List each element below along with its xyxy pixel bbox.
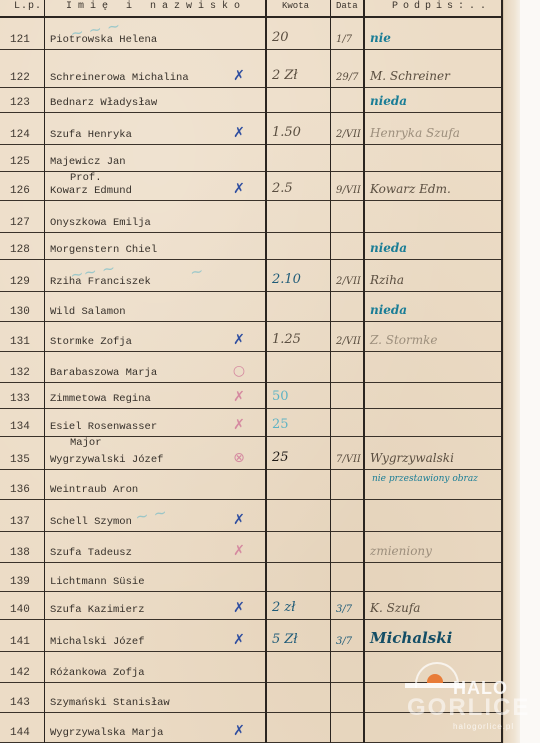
row-name: Lichtmann Süsie <box>50 576 145 588</box>
checkmark-icon: ✗ <box>228 632 250 648</box>
row-date: 3/7 <box>336 604 364 615</box>
row-name: Różankowa Zofja <box>50 667 145 679</box>
row-signature: M. Schreiner <box>370 69 450 83</box>
table-row: 124Szufa Henryka1.502/VIIHenryka Szufa✗ <box>0 113 503 145</box>
row-date: 29/7 <box>336 72 364 83</box>
row-number: 140 <box>10 604 42 616</box>
table-row: 140Szufa Kazimierz2 zł3/7K. Szufa✗ <box>0 592 503 620</box>
row-amount: 2 Zł <box>272 68 328 83</box>
row-amount: 50 <box>272 389 328 404</box>
row-signature: nie <box>370 31 391 45</box>
checkmark-icon: ✗ <box>228 389 250 405</box>
row-signature: Henryka Szufa <box>370 126 460 140</box>
row-number: 141 <box>10 636 42 648</box>
row-signature: Rziha <box>370 273 404 287</box>
checkmark-icon: ✗ <box>228 125 250 141</box>
row-number: 136 <box>10 484 42 496</box>
header-amount: Kwota <box>282 1 309 11</box>
row-number: 121 <box>10 34 42 46</box>
row-signature: Kowarz Edm. <box>370 182 451 196</box>
row-amount: 1.25 <box>272 332 328 347</box>
row-date: 2/VII <box>336 129 364 140</box>
checkmark-icon: ○ <box>228 363 250 379</box>
background-margin <box>520 0 540 743</box>
table-header: L.p. Imię i nazwisko Kwota Data Podpis:.… <box>0 0 503 18</box>
checkmark-icon: ✗ <box>228 723 250 739</box>
row-number: 139 <box>10 576 42 588</box>
table-row: 136Weintraub Aronnie przestawiony obraz <box>0 470 503 500</box>
column-divider <box>363 0 365 743</box>
row-note: nie przestawiony obraz <box>372 474 478 484</box>
row-name: Kowarz Edmund <box>50 185 132 197</box>
paper-edge <box>503 0 521 743</box>
row-amount: 25 <box>272 450 328 465</box>
row-amount: 2.5 <box>272 181 328 196</box>
column-divider <box>330 0 331 743</box>
row-number: 132 <box>10 367 42 379</box>
row-number: 129 <box>10 276 42 288</box>
row-number: 137 <box>10 516 42 528</box>
row-number: 124 <box>10 129 42 141</box>
table-row: 127Onyszkowa Emilja <box>0 201 503 233</box>
row-number: 126 <box>10 185 42 197</box>
row-name: Wygrzywalski Józef <box>50 454 163 466</box>
watermark-line2: GORLICE <box>407 694 530 722</box>
row-name: Barabaszowa Marja <box>50 367 157 379</box>
table-row: 137Schell Szymon✗ <box>0 500 503 532</box>
row-signature: nieda <box>370 241 407 255</box>
sun-icon <box>427 674 443 683</box>
row-signature: nieda <box>370 303 407 317</box>
checkmark-icon: ⊗ <box>228 450 250 466</box>
table-row: 139Lichtmann Süsie <box>0 563 503 592</box>
row-number: 133 <box>10 393 42 405</box>
row-name: Szufa Kazimierz <box>50 604 145 616</box>
row-number: 123 <box>10 97 42 109</box>
checkmark-icon: ✗ <box>228 512 250 528</box>
row-number: 130 <box>10 306 42 318</box>
row-name: Wild Salamon <box>50 306 126 318</box>
row-number: 122 <box>10 72 42 84</box>
row-date: 2/VII <box>336 276 364 287</box>
row-number: 127 <box>10 217 42 229</box>
row-name: Zimmetowa Regina <box>50 393 151 405</box>
row-name: Majewicz Jan <box>50 156 126 168</box>
row-number: 131 <box>10 336 42 348</box>
header-signature: Podpis:.. <box>392 1 491 12</box>
table-row: 125Majewicz Jan <box>0 145 503 172</box>
row-name: Stormke Zofja <box>50 336 132 348</box>
row-name: Morgenstern Chiel <box>50 244 157 256</box>
checkmark-icon: ✗ <box>228 417 250 433</box>
table-row: 135MajorWygrzywalski Józef257/VIIWygrzyw… <box>0 437 503 470</box>
row-name: Szufa Henryka <box>50 129 132 141</box>
table-row: 130Wild Salamonnieda <box>0 292 503 322</box>
table-row: 133Zimmetowa Regina50✗ <box>0 383 503 409</box>
row-amount: 2.10 <box>272 272 328 287</box>
table-row: 126Prof.Kowarz Edmund2.59/VIIKowarz Edm.… <box>0 172 503 201</box>
ledger-table: L.p. Imię i nazwisko Kwota Data Podpis:.… <box>0 0 503 743</box>
column-divider <box>44 0 45 743</box>
header-name: Imię i nazwisko <box>66 1 246 12</box>
row-date: 9/VII <box>336 185 364 196</box>
header-date: Data <box>336 1 358 11</box>
row-signature: K. Szufa <box>370 601 420 615</box>
row-date: 7/VII <box>336 454 364 465</box>
row-number: 134 <box>10 421 42 433</box>
row-date: 1/7 <box>336 34 364 45</box>
checkmark-icon: ✗ <box>228 181 250 197</box>
scanned-page: L.p. Imię i nazwisko Kwota Data Podpis:.… <box>0 0 520 743</box>
row-number: 144 <box>10 727 42 739</box>
row-name: Weintraub Aron <box>50 484 138 496</box>
row-number: 135 <box>10 454 42 466</box>
watermark-logo: HALO GORLICE halogorlice.pl <box>405 660 535 740</box>
row-number: 143 <box>10 697 42 709</box>
row-signature: zmieniony <box>370 544 432 558</box>
row-name: Michalski Józef <box>50 636 145 648</box>
row-signature: Wygrzywalski <box>370 451 454 465</box>
row-name: Bednarz Władysław <box>50 97 157 109</box>
row-name: Esiel Rosenwasser <box>50 421 157 433</box>
row-amount: 5 Zł <box>272 632 328 647</box>
row-title: Major <box>70 437 102 449</box>
table-row: 138Szufa Tadeuszzmieniony✗ <box>0 532 503 563</box>
row-amount: 2 zł <box>272 600 328 615</box>
table-row: 123Bednarz Władysławnieda <box>0 88 503 113</box>
row-name: Schell Szymon <box>50 516 132 528</box>
table-row: 134Esiel Rosenwasser25✗ <box>0 409 503 437</box>
checkmark-icon: ✗ <box>228 543 250 559</box>
row-name: Szymański Stanisław <box>50 697 170 709</box>
row-name: Schreinerowa Michalina <box>50 72 189 84</box>
column-divider <box>265 0 267 743</box>
row-amount: 1.50 <box>272 125 328 140</box>
table-row: 122Schreinerowa Michalina2 Zł29/7M. Schr… <box>0 50 503 88</box>
row-name: Szufa Tadeusz <box>50 547 132 559</box>
row-title: Prof. <box>70 172 102 184</box>
row-date: 2/VII <box>336 336 364 347</box>
row-amount: 20 <box>272 30 328 45</box>
row-number: 142 <box>10 667 42 679</box>
checkmark-icon: ✗ <box>228 332 250 348</box>
checkmark-icon: ✗ <box>228 68 250 84</box>
table-row: 131Stormke Zofja1.252/VIIZ. Stormke✗ <box>0 322 503 352</box>
row-number: 125 <box>10 156 42 168</box>
table-row: 141Michalski Józef5 Zł3/7Michalski✗ <box>0 620 503 652</box>
row-signature: nieda <box>370 94 407 108</box>
row-date: 3/7 <box>336 636 364 647</box>
watermark-url: halogorlice.pl <box>453 722 514 731</box>
table-row: 128Morgenstern Chielnieda <box>0 233 503 260</box>
checkmark-icon: ✗ <box>228 600 250 616</box>
row-name: Wygrzywalska Marja <box>50 727 163 739</box>
header-lp: L.p. <box>14 1 42 12</box>
table-row: 132Barabaszowa Marja○ <box>0 352 503 383</box>
row-amount: 25 <box>272 417 328 432</box>
row-signature: Michalski <box>370 629 452 647</box>
row-name: Onyszkowa Emilja <box>50 217 151 229</box>
row-number: 128 <box>10 244 42 256</box>
row-number: 138 <box>10 547 42 559</box>
row-signature: Z. Stormke <box>370 333 438 347</box>
